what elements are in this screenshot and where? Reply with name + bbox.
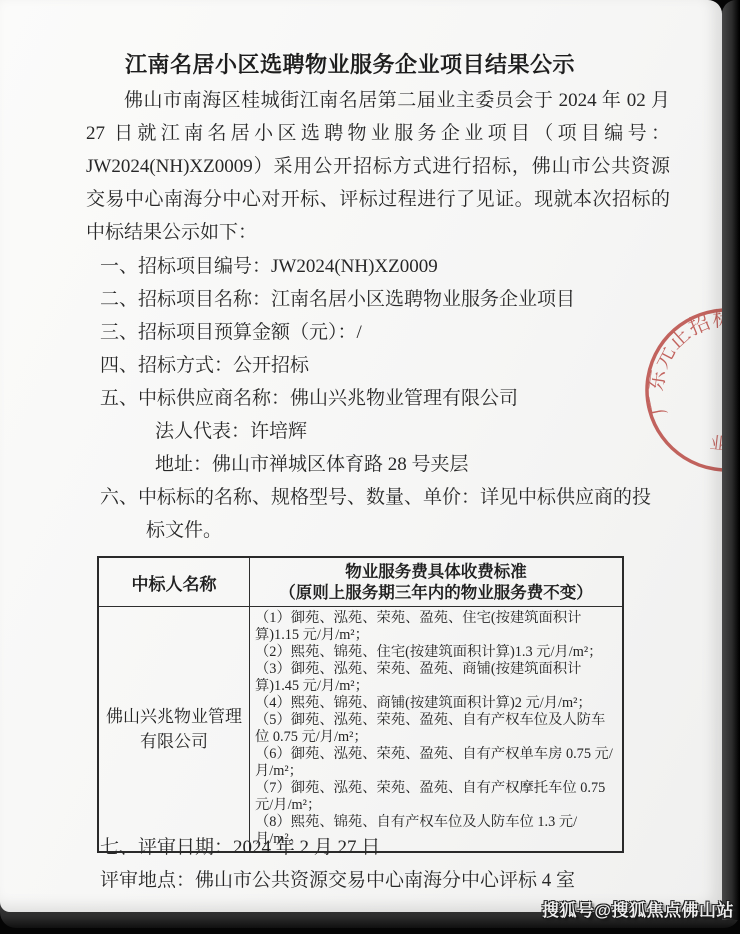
- seal-bottom-text: 业务专用章: [700, 381, 722, 472]
- fee-table: 中标人名称 物业服务费具体收费标准 （原则上服务期三年内的物业服务费不变） 佛山…: [97, 556, 624, 853]
- seal-arc-text: 广东元正招标采购: [632, 295, 722, 431]
- list-item: 二、招标项目名称：江南名居小区选聘物业服务企业项目: [100, 283, 664, 316]
- notice-item-list: 一、招标项目编号：JW2024(NH)XZ0009 二、招标项目名称：江南名居小…: [100, 250, 664, 547]
- fees-header-line1: 物业服务费具体收费标准: [252, 561, 620, 582]
- fee-line: （2）熙苑、锦苑、住宅(按建筑面积计算)1.3 元/月/m²；: [255, 644, 618, 661]
- review-place-line: 评审地点：佛山市公共资源交易中心南海分中心评标 4 室: [100, 869, 575, 893]
- right-dark-strip: [722, 0, 740, 920]
- page-title: 江南名居小区选聘物业服务企业项目结果公示: [0, 48, 700, 79]
- list-subitem-address: 地址：佛山市禅城区体育路 28 号夹层: [100, 448, 664, 481]
- list-item: 一、招标项目编号：JW2024(NH)XZ0009: [100, 250, 664, 283]
- fee-line: （3）御苑、泓苑、荣苑、盈苑、商铺(按建筑面积计算)1.45 元/月/m²；: [255, 661, 618, 695]
- red-seal-stamp-icon: 广东元正招标采购 业务专用章 (6): [632, 295, 722, 485]
- list-subitem-legal-rep: 法人代表：许培辉: [100, 415, 664, 448]
- document-page: 江南名居小区选聘物业服务企业项目结果公示 佛山市南海区桂城街江南名居第二届业主委…: [0, 0, 722, 912]
- review-date-line: 七、评审日期：2024 年 2 月 27 日: [100, 836, 380, 860]
- list-item: 六、中标标的名称、规格型号、数量、单价：详见中标供应商的投标文件。: [100, 481, 664, 547]
- fee-line: （5）御苑、泓苑、荣苑、盈苑、自有产权车位及人防车位 0.75 元/月/m²；: [255, 712, 618, 746]
- list-item: 五、中标供应商名称：佛山兴兆物业管理有限公司: [100, 382, 664, 415]
- list-item: 四、招标方式：公开招标: [100, 349, 664, 382]
- fees-column-header: 物业服务费具体收费标准 （原则上服务期三年内的物业服务费不变）: [250, 557, 624, 607]
- winner-name-cell: 佛山兴兆物业管理有限公司: [98, 607, 250, 853]
- fees-header-line2: （原则上服务期三年内的物业服务费不变）: [252, 582, 620, 603]
- screenshot-canvas: 江南名居小区选聘物业服务企业项目结果公示 佛山市南海区桂城街江南名居第二届业主委…: [0, 0, 740, 934]
- watermark-text: 搜狐号@搜狐焦点佛山站: [542, 896, 734, 921]
- fees-cell: （1）御苑、泓苑、荣苑、盈苑、住宅(按建筑面积计算)1.15 元/月/m²； （…: [250, 607, 624, 853]
- list-item: 三、招标项目预算金额（元）：/: [100, 316, 664, 349]
- fee-line: （6）御苑、泓苑、荣苑、盈苑、自有产权单车房 0.75 元/月/m²；: [255, 746, 618, 780]
- fee-line: （4）熙苑、锦苑、商铺(按建筑面积计算)2 元/月/m²；: [255, 695, 618, 712]
- winner-column-header: 中标人名称: [98, 557, 250, 607]
- intro-paragraph: 佛山市南海区桂城街江南名居第二届业主委员会于 2024 年 02 月 27 日就…: [86, 84, 670, 249]
- fee-table-body-row: 佛山兴兆物业管理有限公司 （1）御苑、泓苑、荣苑、盈苑、住宅(按建筑面积计算)1…: [98, 607, 623, 853]
- fee-line: （7）御苑、泓苑、荣苑、盈苑、自有产权摩托车位 0.75 元/月/m²；: [255, 780, 618, 814]
- fee-line: （1）御苑、泓苑、荣苑、盈苑、住宅(按建筑面积计算)1.15 元/月/m²；: [255, 610, 618, 644]
- fee-table-header-row: 中标人名称 物业服务费具体收费标准 （原则上服务期三年内的物业服务费不变）: [98, 557, 623, 607]
